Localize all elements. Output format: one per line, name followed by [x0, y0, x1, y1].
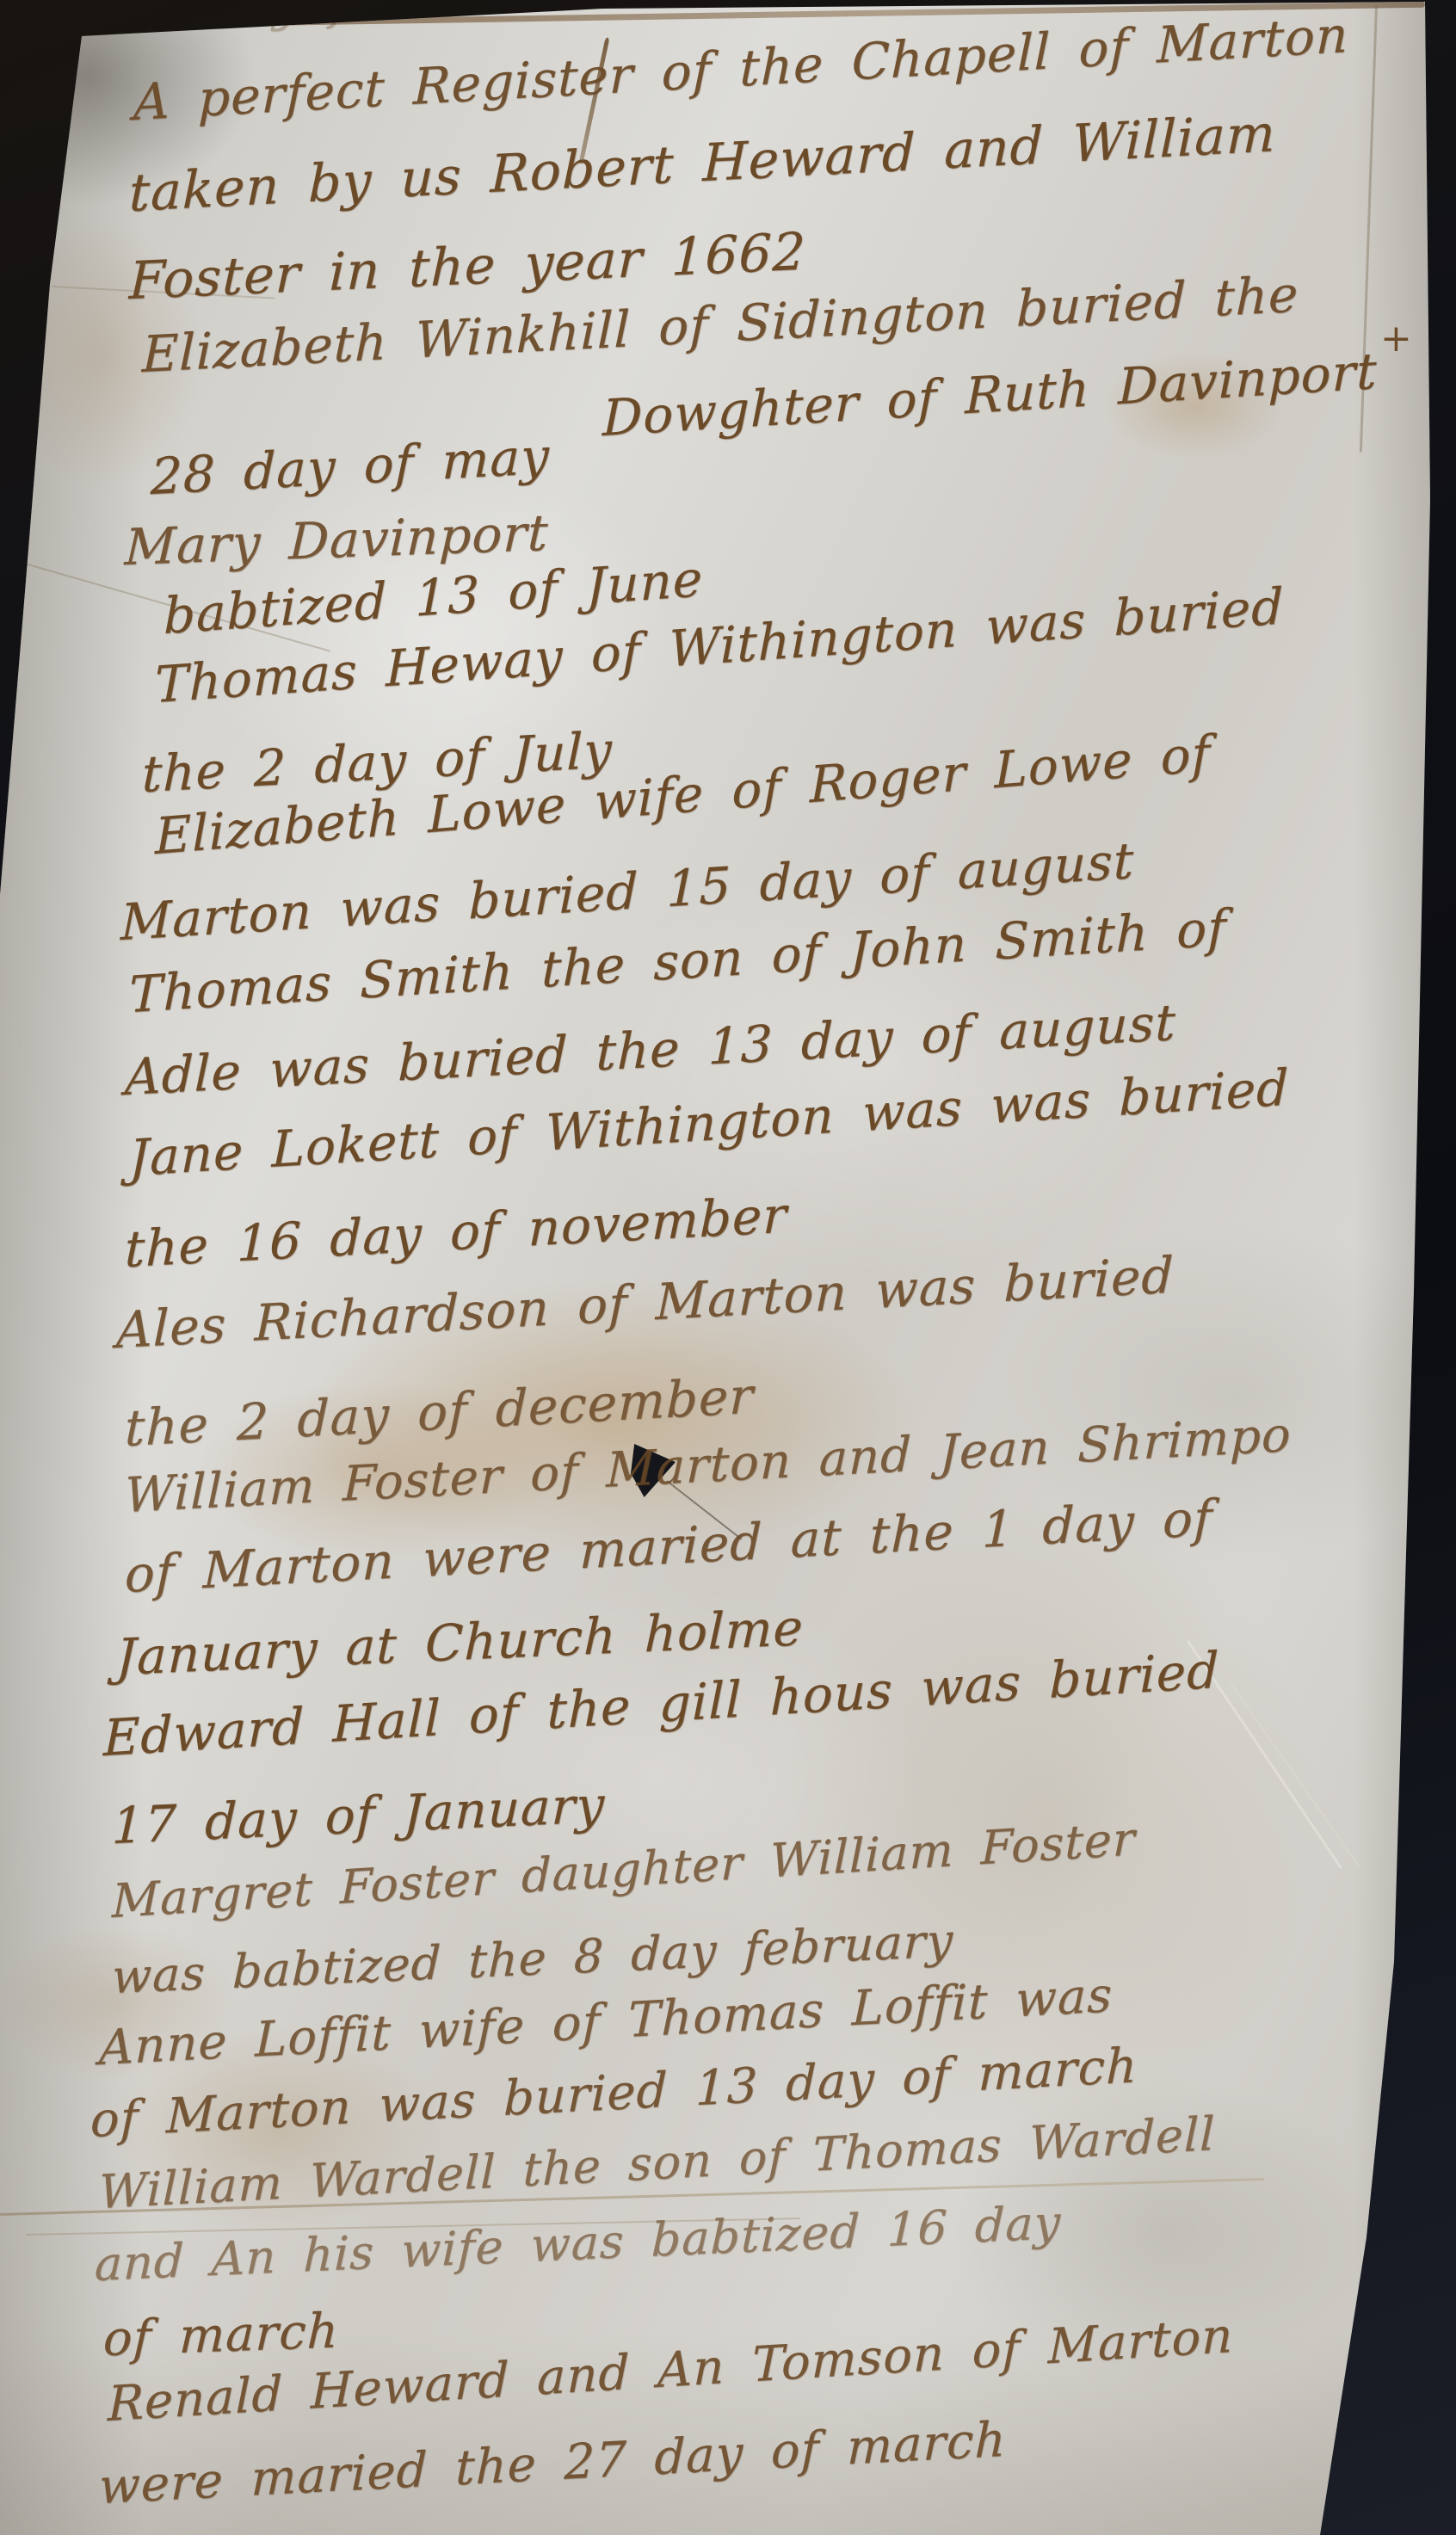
manuscript-line: e y f [214, 0, 351, 34]
parchment-page: + e y fA perfect Register of the Chapell… [0, 0, 1456, 2535]
manuscript-line: were maried the 27 day of march [98, 2412, 1007, 2515]
text-layer: e y fA perfect Register of the Chapell o… [0, 0, 1456, 2535]
photo-background: + e y fA perfect Register of the Chapell… [0, 0, 1456, 2535]
manuscript-line: Dowghter of Ruth Davinport [602, 342, 1378, 447]
manuscript-line: 28 day of may [150, 427, 550, 506]
manuscript-line: the 16 day of november [124, 1186, 787, 1280]
manuscript-line: of march [102, 2303, 340, 2367]
manuscript-line: 17 day of January [111, 1775, 606, 1855]
